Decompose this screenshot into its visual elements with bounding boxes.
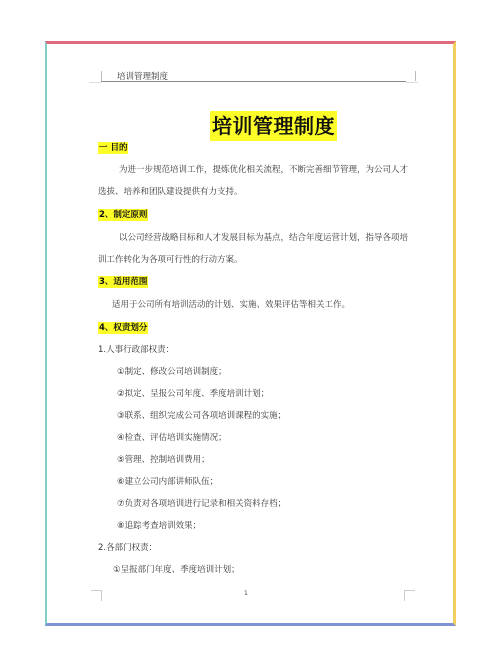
section-heading-scope: 3、适用范围 (98, 276, 148, 288)
list-item: ③联系、组织完成公司各项培训课程的实施； (117, 410, 286, 422)
corner-mark-top-left (101, 71, 112, 81)
list-item: ⑧追踪考查培训效果； (117, 520, 201, 532)
section-heading-purpose: 一 目的 (98, 142, 128, 154)
section-heading-responsibilities: 4、权责划分 (98, 322, 148, 334)
list-item: ①制定、修改公司培训制度； (117, 366, 227, 378)
document-page: 培训管理制度 培训管理制度 一 目的 为进一步规范培训工作，提炼优化相关流程，不… (45, 41, 456, 626)
document-title: 培训管理制度 (210, 111, 337, 141)
section-heading-principle: 2、制定原则 (98, 209, 148, 221)
corner-mark-top-right (405, 71, 416, 81)
list-item: ④检查、评估培训实施情况； (117, 432, 227, 444)
corner-mark-bottom-left (91, 590, 102, 601)
header-line-ext-right (406, 82, 418, 83)
list-item: ⑦负责对各项培训进行记录和相关资料存档； (117, 498, 286, 510)
paragraph-line: 以公司经营战略目标和人才发展目标为基点，结合年度运营计划，指导各项培 (119, 232, 408, 244)
subsection-label: 2.各部门权责： (98, 542, 157, 554)
paragraph-line: 训工作转化为各项可行性的行动方案。 (98, 254, 243, 266)
list-item: ⑥建立公司内部讲师队伍； (117, 476, 218, 488)
subsection-label: 1.人事行政部权责： (98, 344, 174, 356)
list-item: ①呈报部门年度、季度培训计划； (113, 564, 240, 576)
paragraph-line: 为进一步规范培训工作，提炼优化相关流程，不断完善细节管理，为公司人才 (119, 164, 408, 176)
list-item: ②拟定、呈报公司年度、季度培训计划； (117, 388, 269, 400)
page-header-text: 培训管理制度 (117, 70, 168, 82)
paragraph-line: 选拔、培养和团队建设提供有力支持。 (98, 186, 243, 198)
list-item: ⑤管理、控制培训费用； (117, 454, 210, 466)
corner-mark-bottom-right (404, 590, 415, 601)
page-number: 1 (244, 590, 248, 597)
header-line-ext-left (89, 82, 101, 83)
paragraph-line: 适用于公司所有培训活动的计划、实施、效果评估等相关工作。 (112, 299, 350, 311)
